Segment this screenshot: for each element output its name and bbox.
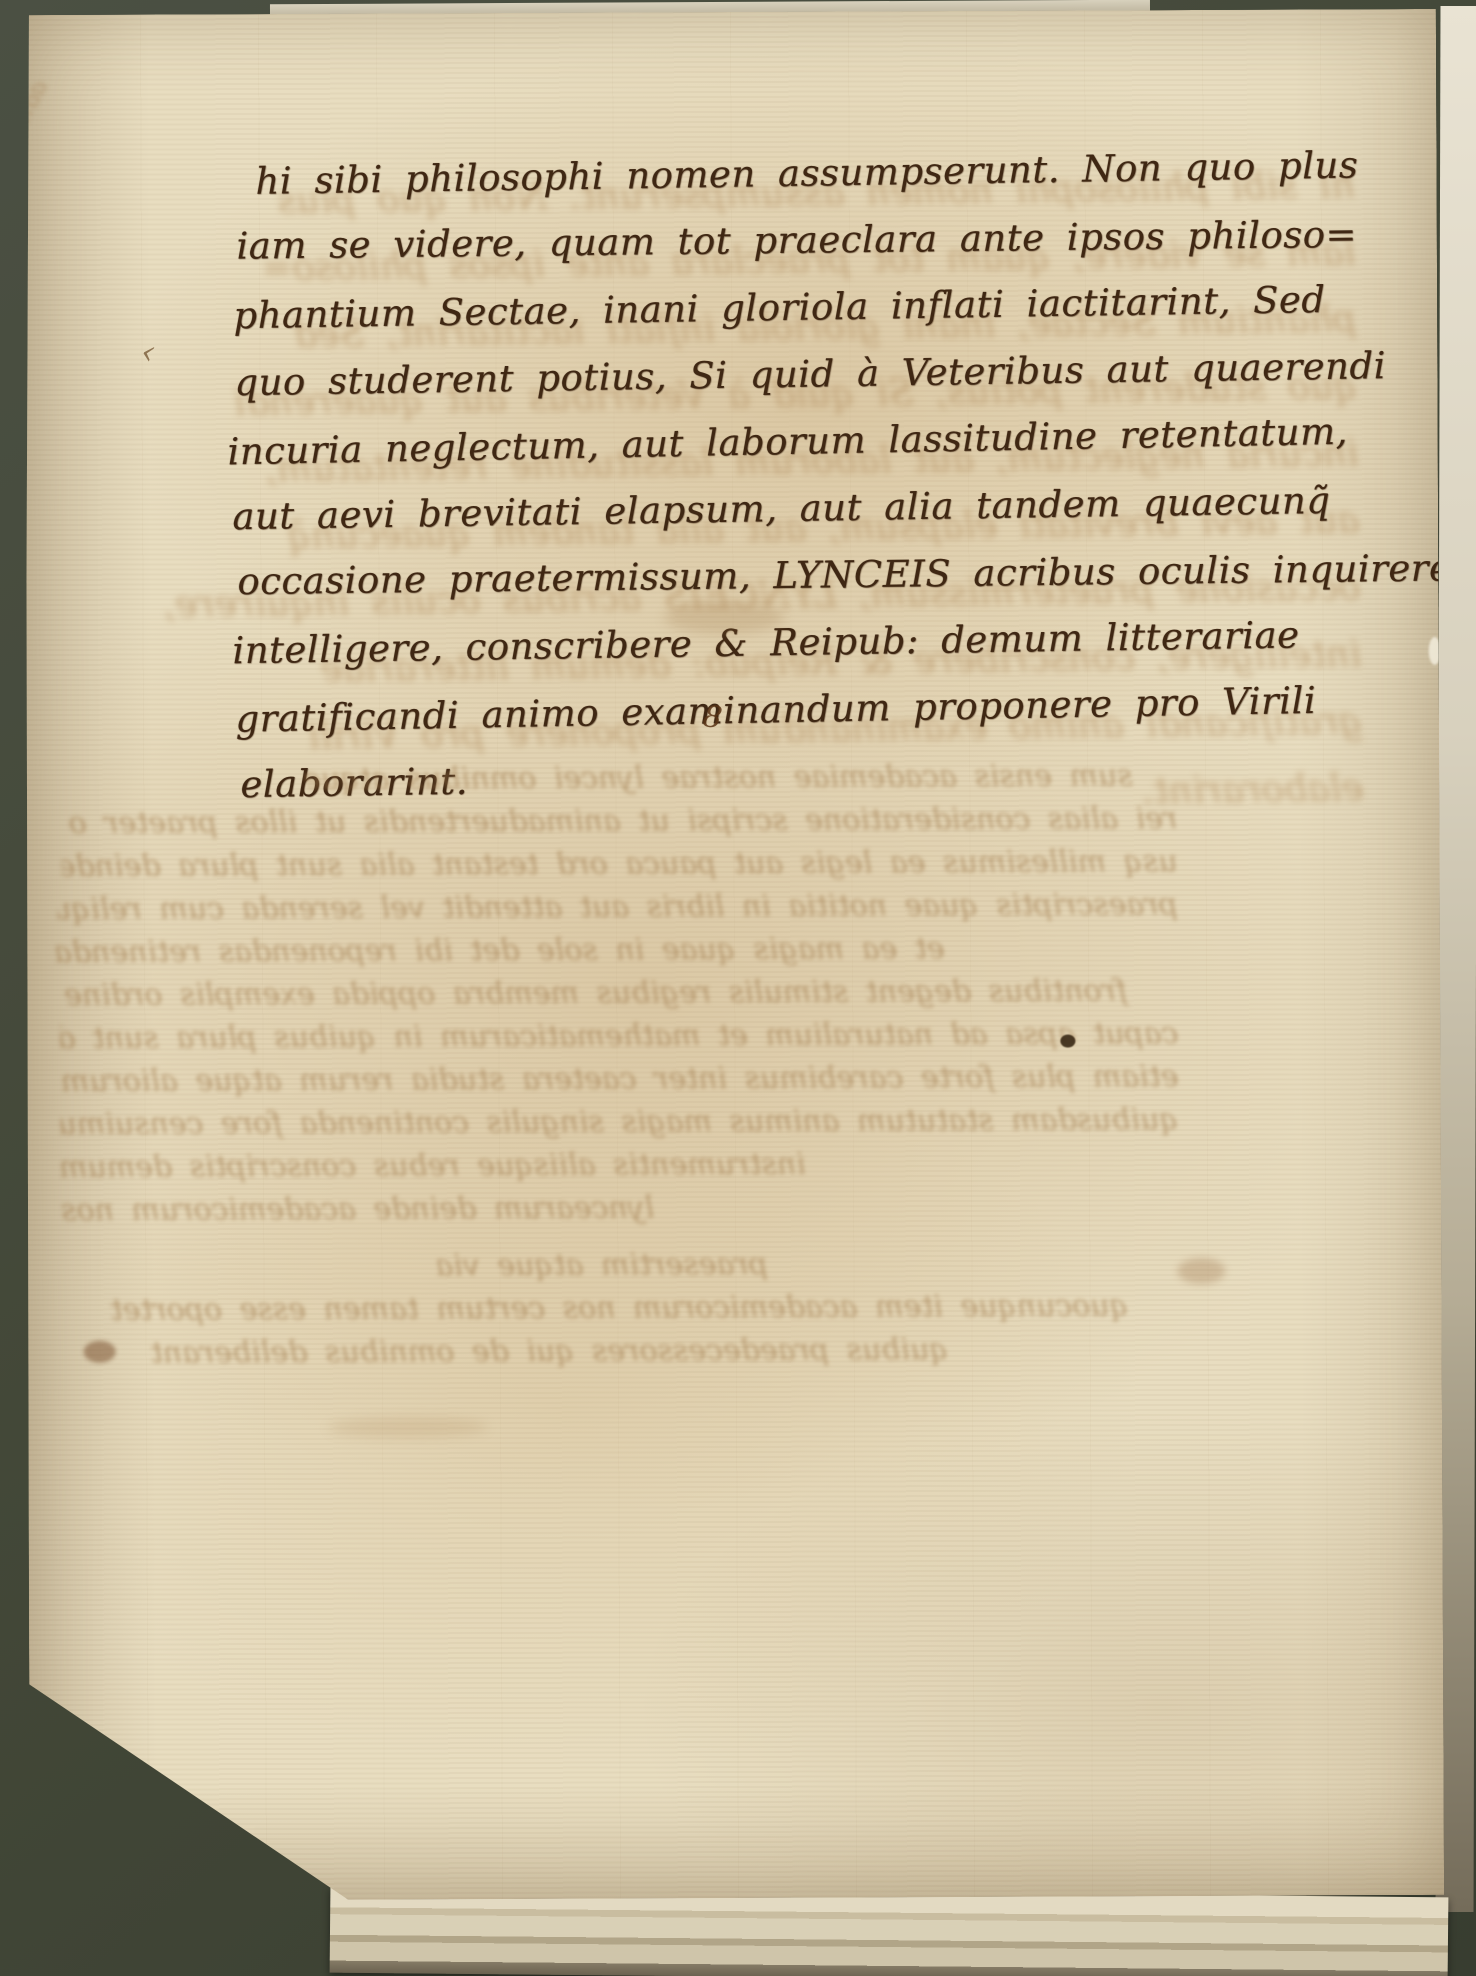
bleedthrough-line: quibusdam statutum animus magis singulis… [61, 1098, 1179, 1146]
bleedthrough-line: praescriptis quae notitia in libris aut … [58, 883, 1178, 931]
bleedthrough-line: caput apsa ad naturalium et mathematicar… [60, 1012, 1178, 1060]
faint-smudge [1177, 1258, 1225, 1284]
margin-bleedthrough: adnotationes priores [0, 75, 53, 354]
ink-blot-stain [1060, 1035, 1075, 1048]
bleedthrough-line: instrumentis aliisque rebus conscriptis … [59, 1141, 1179, 1189]
bleedthrough-line: quocunque item academicorum nos certum t… [110, 1284, 1179, 1332]
edge-stain [84, 1341, 116, 1363]
photo-frame: adnotationes priores hi sibi philosophi … [0, 0, 1476, 1976]
bleedthrough-line: rei alias consideratione scripsi ut anim… [68, 797, 1177, 845]
bleedthrough-line: usq millesimus ea legis aut pauca ord te… [62, 840, 1178, 888]
bleedthrough-line: praesertim atque via [435, 1242, 879, 1287]
manuscript-line: iam se videre, quam tot praeclara ante i… [236, 201, 1387, 280]
bleedthrough-line: etiam plus forte carebimus inter caetera… [58, 1055, 1178, 1103]
faint-smudge [328, 1417, 488, 1438]
bleedthrough-line: frontibus degent stimulis regibus membra… [64, 969, 1178, 1017]
manuscript-page: adnotationes priores hi sibi philosophi … [22, 9, 1444, 1901]
bleedthrough-line: et ea magis quae in sole det ibi reponen… [54, 926, 1178, 974]
handwritten-text-block: hi sibi philosophi nomen assumpserunt. N… [225, 131, 1395, 818]
bleedthrough-line: lyncearum deinde academicorum nos [61, 1184, 1179, 1232]
bleedthrough-line: quibus praedecessores qui de omnibus del… [151, 1327, 1180, 1374]
page-stack-bottom [330, 1887, 1449, 1976]
manuscript-line: occasione praetermissum, LYNCEIS acribus… [237, 535, 1392, 615]
margin-pen-tick: ‹ [138, 332, 158, 374]
verso-bleedthrough-block: sum ensis academiae nostrae lyncei omnib… [53, 754, 1180, 1375]
bleedthrough-line: sum ensis academiae nostrae lyncei omnib… [303, 754, 1177, 801]
